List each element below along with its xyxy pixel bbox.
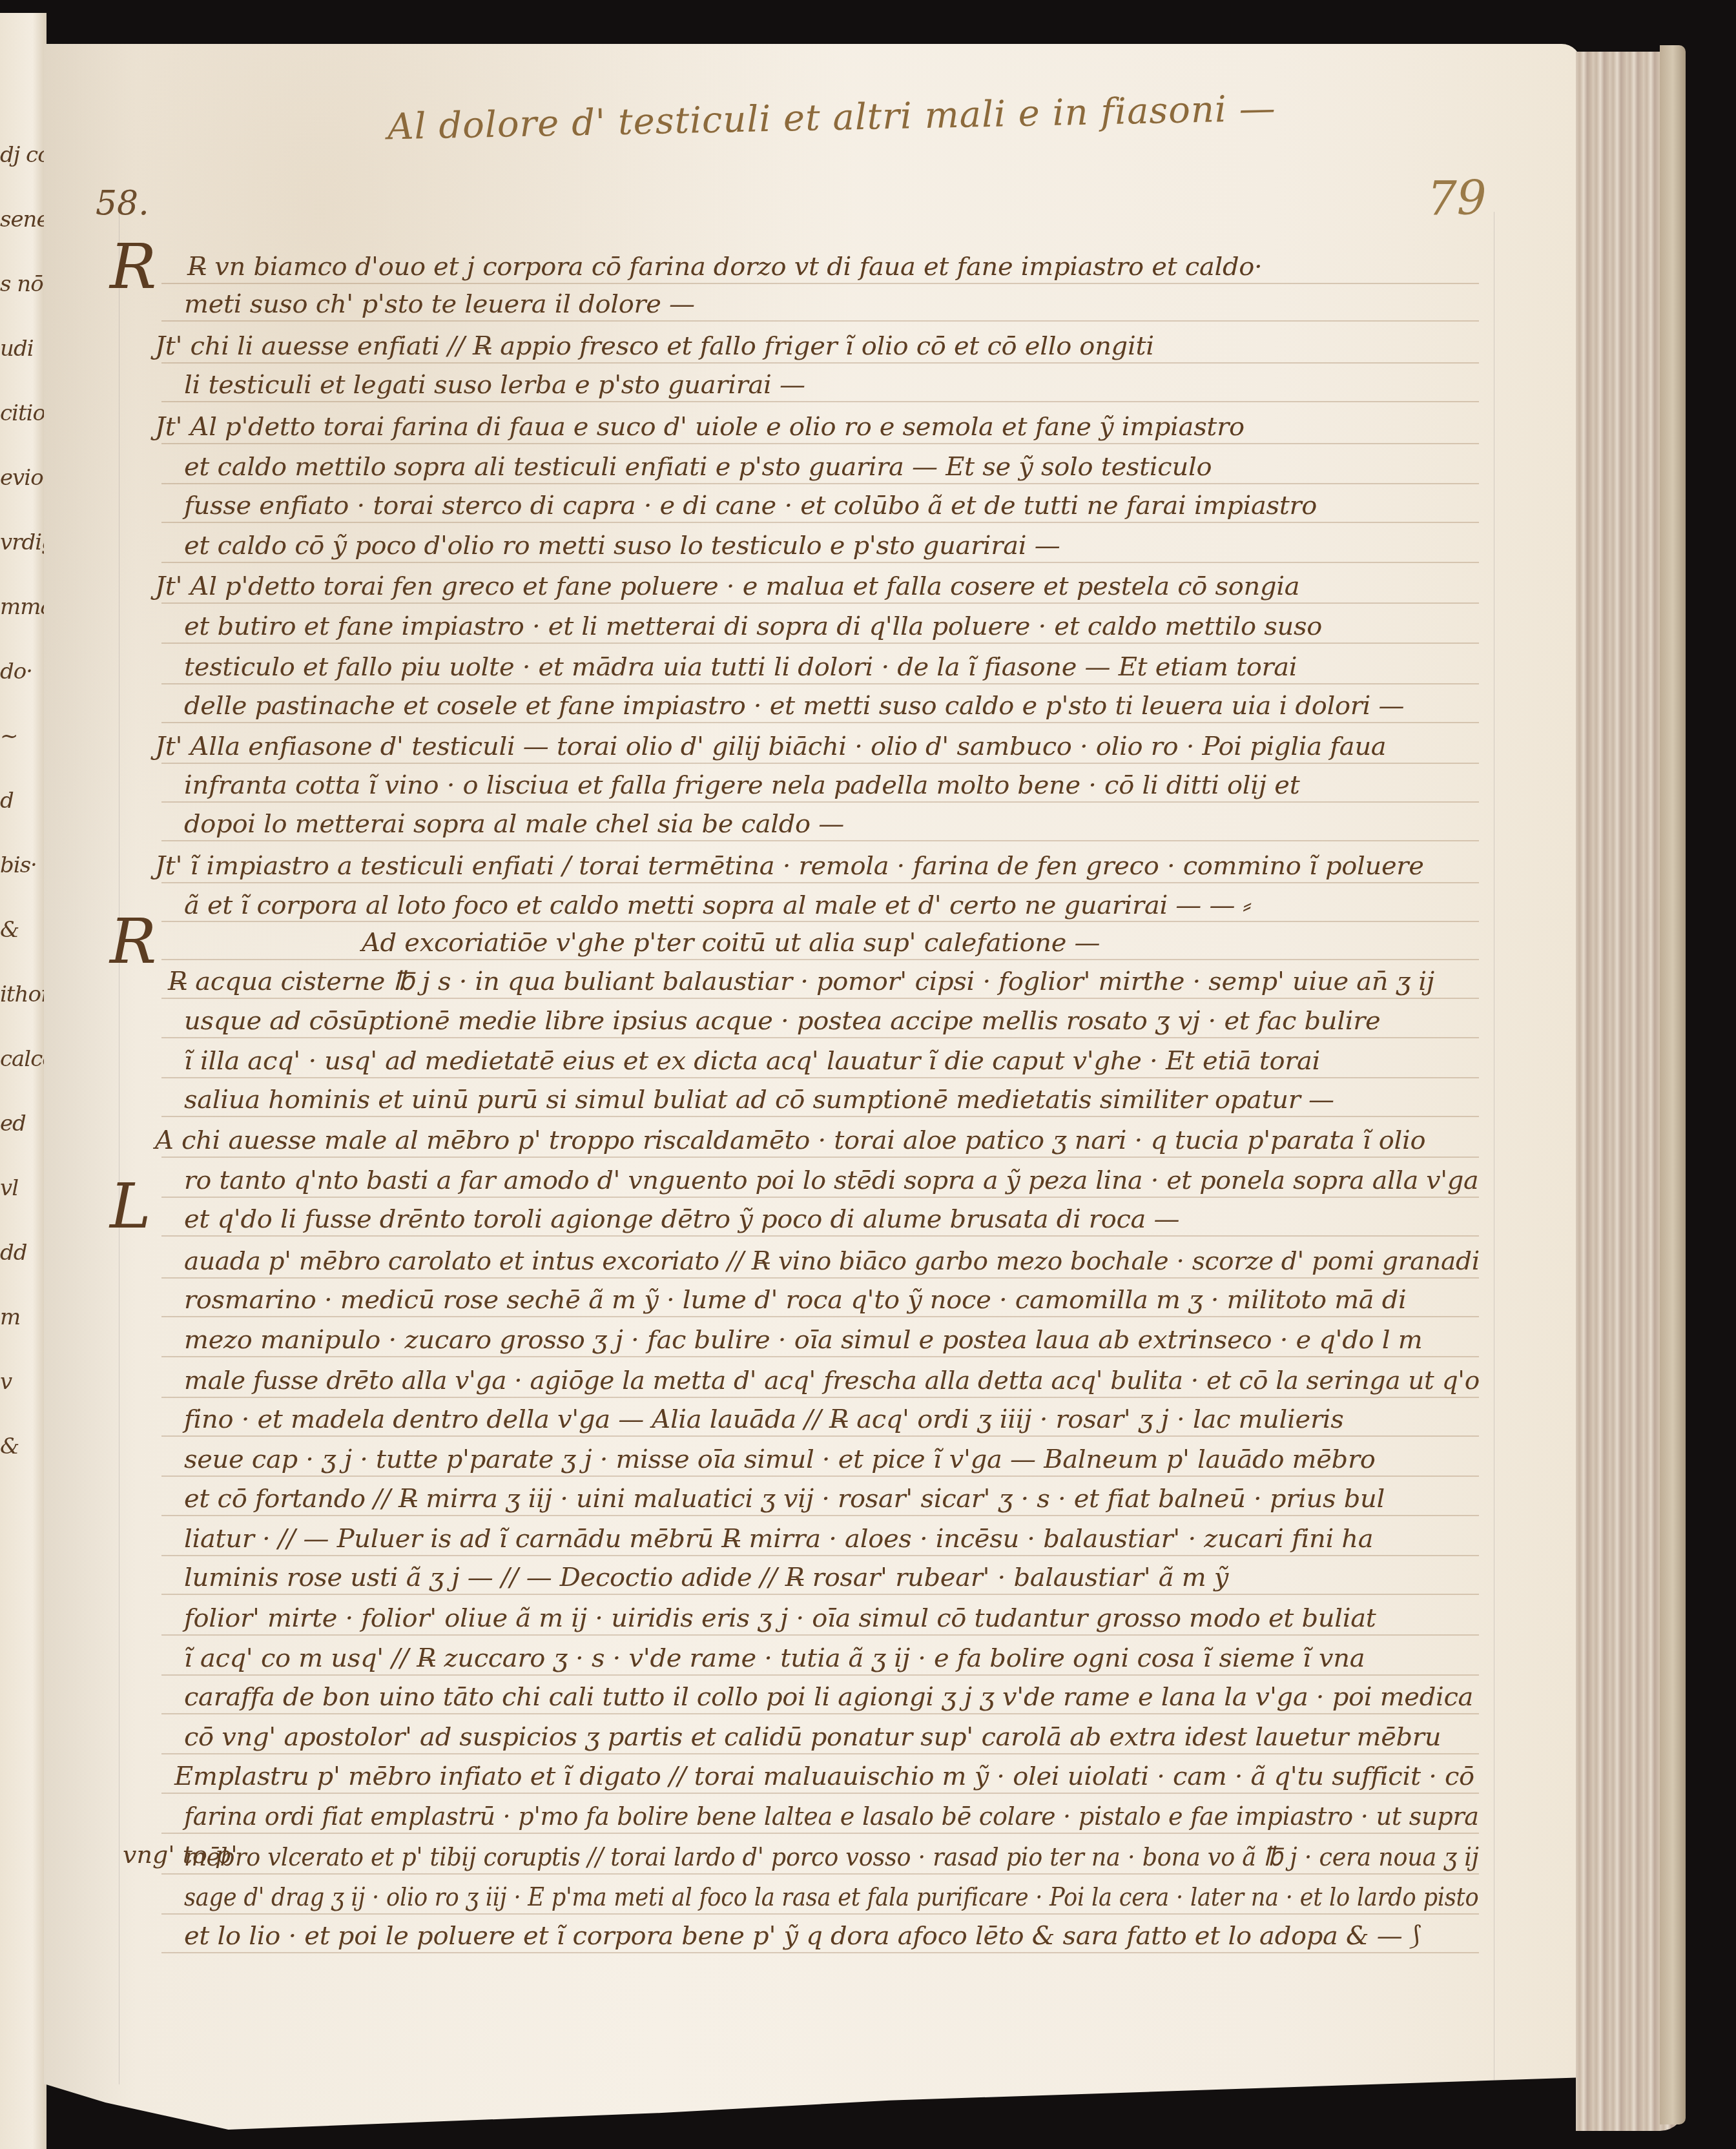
manuscript-line: rosmarino · medicū rose sechē ã m ỹ · lu…: [184, 1285, 1407, 1315]
manuscript-line: testiculo et fallo piu uolte · et mādra …: [184, 652, 1297, 682]
facing-page-text-fragment: s nō: [0, 271, 45, 297]
ruling-line: [161, 602, 1479, 604]
facing-page-text-fragment: do·: [0, 659, 45, 684]
ruling-line: [161, 562, 1479, 563]
facing-page-text-fragment: vrdig: [0, 530, 45, 555]
ruling-line: [161, 1833, 1479, 1834]
ruling-line: [161, 1037, 1479, 1038]
manuscript-line: mēbro vlcerato et p' tibij coruptis // t…: [184, 1842, 1479, 1872]
manuscript-line: Jt' Alla enfiasone d' testiculi — torai …: [155, 732, 1386, 761]
ruling-line: [161, 1077, 1479, 1078]
ruling-line: [161, 1356, 1479, 1357]
facing-page-text-fragment: ~: [0, 723, 45, 749]
ruling-line: [161, 320, 1479, 322]
facing-page-text-fragment: vl: [0, 1175, 45, 1201]
ruling-line: [161, 1952, 1479, 1953]
manuscript-line: seue cap · ʒ j · tutte p'parate ʒ j · mi…: [184, 1445, 1376, 1474]
facing-page-text-fragment: citio: [0, 400, 45, 426]
manuscript-line: cō vng' apostolor' ad suspicios ʒ partis…: [184, 1722, 1441, 1752]
manuscript-line: male fusse drēto alla v'ga · agiōge la m…: [184, 1366, 1480, 1395]
margin-ruling-left: [119, 212, 119, 2084]
ruling-line: [161, 1277, 1479, 1279]
manuscript-line: mezo manipulo · zucaro grosso ʒ j · fac …: [184, 1325, 1422, 1355]
manuscript-line: et caldo mettilo sopra ali testiculi enf…: [184, 452, 1212, 482]
decorated-initial: R: [110, 236, 156, 298]
margin-note: vng' to p': [123, 1840, 238, 1869]
ruling-line: [161, 801, 1479, 803]
facing-page-text-fragment: ed: [0, 1111, 45, 1136]
ruling-line: [161, 1674, 1479, 1676]
ruling-line: [161, 1316, 1479, 1317]
manuscript-line: et lo lio · et poi le poluere et ĩ corpo…: [184, 1921, 1420, 1951]
binding-edge: [1660, 45, 1686, 2124]
ruling-line: [161, 998, 1479, 999]
facing-page-text-fragment: udi: [0, 336, 45, 362]
ruling-line: [161, 840, 1479, 841]
manuscript-line: et q'do li fusse drēnto toroli agionge d…: [184, 1204, 1179, 1234]
ruling-line: [161, 522, 1479, 523]
manuscript-line: Jt' Al p'detto torai farina di faua e su…: [155, 412, 1245, 442]
ruling-line: [161, 1555, 1479, 1556]
facing-page-text-fragment: calce: [0, 1046, 45, 1072]
facing-page-text-fragment: mma: [0, 594, 45, 620]
manuscript-line: sage d' drag ʒ ij · olio ro ʒ iij · E p'…: [184, 1882, 1478, 1912]
manuscript-line: li testiculi et legati suso lerba e p'st…: [184, 370, 805, 400]
ruling-line: [161, 1793, 1479, 1794]
manuscript-line: R̶ acqua cisterne ℔ j s · in qua buliant…: [168, 967, 1434, 996]
manuscript-line: folior' mirte · folior' oliue ã m ij · u…: [184, 1603, 1376, 1633]
manuscript-line: ã et ĩ corpora al loto foco et caldo met…: [184, 890, 1252, 920]
facing-page-text-fragment: ithome: [0, 982, 45, 1007]
manuscript-line: A chi auesse male al mēbro p' troppo ris…: [155, 1126, 1425, 1155]
margin-ruling-right: [1494, 212, 1494, 2084]
ruling-line: [161, 1476, 1479, 1477]
old-folio-number: 58.: [96, 184, 149, 223]
facing-page-text-fragment: senevo·: [0, 207, 45, 232]
ruling-line: [161, 1435, 1479, 1437]
manuscript-line: Jt' chi li auesse enfiati // R̶ appio fr…: [155, 331, 1154, 361]
manuscript-line: Jt' ĩ impiastro a testiculi enfiati / to…: [155, 851, 1424, 881]
manuscript-line: Ad excoriatiōe v'ghe p'ter coitū ut alia…: [362, 928, 1100, 958]
manuscript-line: farina ordi fiat emplastrū · p'mo fa bol…: [184, 1802, 1479, 1831]
manuscript-line: saliua hominis et uinū purū si simul bul…: [184, 1085, 1334, 1115]
manuscript-line: liatur · // — Puluer is ad ĩ carnādu mēb…: [184, 1524, 1373, 1554]
facing-page-text-fragment: m: [0, 1304, 45, 1330]
ruling-line: [161, 1235, 1479, 1237]
manuscript-line: R̶ vn biamco d'ouo et j corpora cō farin…: [187, 252, 1262, 282]
manuscript-line: et butiro et fane impiastro · et li mett…: [184, 612, 1322, 641]
facing-page-text-fragment: d: [0, 788, 45, 814]
ruling-line: [161, 722, 1479, 723]
manuscript-line: auada p' mēbro carolato et intus excoria…: [184, 1246, 1480, 1276]
ruling-line: [161, 362, 1479, 364]
ruling-line: [161, 401, 1479, 402]
manuscript-line: et caldo cō ỹ poco d'olio ro metti suso …: [184, 531, 1060, 560]
ruling-line: [161, 1594, 1479, 1595]
ruling-line: [161, 1197, 1479, 1198]
manuscript-line: Jt' Al p'detto torai fen greco et fane p…: [155, 571, 1299, 601]
ruling-line: [161, 1713, 1479, 1714]
manuscript-line: Emplastru p' mēbro infiato et ĩ digato /…: [174, 1762, 1474, 1791]
manuscript-line: ĩ illa acq' · usq' ad medietatē eius et …: [184, 1046, 1320, 1076]
manuscript-line: et cō fortando // R̶ mirra ʒ iij · uini …: [184, 1484, 1385, 1514]
facing-page-text-fragment: &: [0, 1434, 45, 1459]
manuscript-line: dopoi lo metterai sopra al male chel sia…: [184, 809, 844, 839]
ruling-line: [161, 1873, 1479, 1875]
manuscript-line: fino · et madela dentro della v'ga — Ali…: [184, 1404, 1343, 1434]
facing-page-text-fragment: evio~: [0, 465, 45, 491]
ruling-line: [161, 443, 1479, 444]
ruling-line: [161, 1634, 1479, 1636]
manuscript-line: luminis rose usti ã ʒ j — // — Decoctio …: [184, 1563, 1228, 1592]
facing-page-text-fragment: dd: [0, 1240, 45, 1266]
ruling-line: [161, 882, 1479, 883]
facing-left-page: dj corpo.senevo·s nōudicitioevio~vrdigmm…: [0, 13, 46, 2149]
manuscript-line: delle pastinache et cosele et fane impia…: [184, 691, 1404, 721]
ruling-line: [161, 959, 1479, 960]
page-block-edges: [1576, 52, 1686, 2131]
ruling-line: [161, 643, 1479, 644]
ruling-line: [161, 483, 1479, 484]
facing-page-text-fragment: &: [0, 917, 45, 943]
manuscript-line: infranta cotta ĩ vino · o lisciua et fal…: [184, 770, 1300, 800]
ruling-line: [161, 1913, 1479, 1915]
facing-page-text-fragment: v: [0, 1369, 45, 1395]
facing-page-text-fragment: bis·: [0, 852, 45, 878]
manuscript-line: ĩ acq' co m usq' // R̶ zuccaro ʒ · s · v…: [184, 1643, 1365, 1673]
ruling-line: [161, 283, 1479, 284]
ruling-line: [161, 1116, 1479, 1117]
manuscript-line: meti suso ch' p'sto te leuera il dolore …: [184, 289, 695, 319]
manuscript-line: ro tanto q'nto basti a far amodo d' vngu…: [184, 1166, 1478, 1195]
ruling-line: [161, 1515, 1479, 1516]
decorated-initial: L: [110, 1175, 151, 1237]
manuscript-line: fusse enfiato · torai sterco di capra · …: [184, 491, 1317, 520]
ruling-line: [161, 683, 1479, 684]
ruling-line: [161, 1753, 1479, 1754]
ruling-line: [161, 1157, 1479, 1158]
manuscript-line: caraffa de bon uino tāto chi cali tutto …: [184, 1682, 1473, 1712]
decorated-initial: R: [110, 910, 156, 972]
facing-page-text-fragment: dj corpo.: [0, 142, 45, 168]
ruling-line: [161, 921, 1479, 922]
folio-number: 79: [1427, 171, 1487, 225]
ruling-line: [161, 1397, 1479, 1398]
ruling-line: [161, 763, 1479, 764]
manuscript-line: usque ad cōsūptionē medie libre ipsius a…: [184, 1006, 1380, 1036]
